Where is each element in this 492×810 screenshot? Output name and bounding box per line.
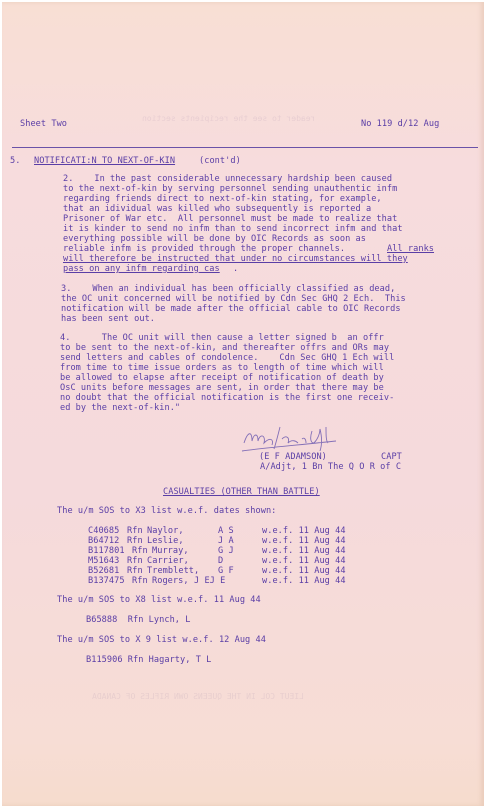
surname: Carrier, [147, 556, 189, 566]
service-number: B117801 [88, 546, 125, 556]
document-page: reader to see the recipients section LIE… [2, 2, 484, 806]
text-line: send letters and cables of condolence. C… [60, 353, 394, 363]
x9-intro: The u/m SOS to X 9 list w.e.f. 12 Aug 44 [57, 635, 266, 645]
rank: Rfn [127, 556, 143, 566]
text-line: be allowed to elapse after receipt of no… [60, 373, 384, 383]
service-number: B52681 [88, 566, 119, 576]
section-suffix: (cont'd) [199, 156, 241, 166]
signatory-appointment: A/Adjt, 1 Bn The Q O R of C [260, 462, 401, 472]
effective-date: w.e.f. 11 Aug 44 [262, 526, 346, 536]
period: . [233, 264, 238, 274]
initials: G F [218, 566, 234, 576]
service-number: B137475 [88, 576, 125, 586]
text-line: notification will be made after the offi… [61, 304, 401, 314]
x9-entry: B115906 Rfn Hagarty, T L [86, 655, 211, 665]
initials: D [218, 556, 223, 566]
text-line: that an idividual was killed who subsequ… [63, 204, 371, 214]
text-line: regarding friends direct to next-of-kin … [63, 194, 382, 204]
surname: Naylor, [147, 526, 184, 536]
bleed-through-text: LIEUT COL IN THE QUEENS OWN RIFLES OF CA… [92, 692, 304, 701]
initials: G J [218, 546, 234, 556]
signatory-name: (E F ADAMSON) [259, 452, 327, 462]
surname: Tremblett, [147, 566, 199, 576]
section-title: NOTIFICATI:N TO NEXT-OF-KIN [34, 156, 175, 166]
rank: Rfn [127, 526, 143, 536]
text-line: to be sent to the next-of-kin, and there… [60, 343, 389, 353]
header-divider [12, 147, 478, 148]
text-line: 2. In the past considerable unnecessary … [63, 174, 392, 184]
text-line: ed by the next-of-kin." [60, 403, 180, 413]
service-number: C40685 [88, 526, 119, 536]
text-line: has been sent out. [61, 314, 155, 324]
text-line: Prisoner of War etc. All personnel must … [63, 214, 397, 224]
bleed-through-text: reader to see the recipients section [142, 114, 315, 123]
effective-date: w.e.f. 11 Aug 44 [262, 536, 346, 546]
rank: Rfn [132, 546, 148, 556]
emphasis-text: pass on any infm regarding cas [63, 264, 220, 274]
emphasis-text: All ranks [387, 244, 434, 254]
text-line: no doubt that the official notification … [60, 393, 394, 403]
text-line: 3. When an individual has been officiall… [61, 284, 395, 294]
text-line: to the next-of-kin by serving personnel … [63, 184, 397, 194]
service-number: B64712 [88, 536, 119, 546]
section-number: 5. [10, 156, 20, 166]
initials: A S [218, 526, 234, 536]
effective-date: w.e.f. 11 Aug 44 [262, 546, 346, 556]
x8-entry: B65888 Rfn Lynch, L [86, 615, 190, 625]
surname: Murray, [152, 546, 189, 556]
rank: Rfn [127, 566, 143, 576]
text-line: reliable infm is provided through the pr… [63, 244, 345, 254]
surname: Rogers, [152, 576, 189, 586]
handwritten-signature [240, 421, 348, 455]
casualties-title: CASUALTIES (OTHER THAN BATTLE) [163, 487, 320, 497]
text-line: OsC units before messages are sent, in o… [60, 383, 384, 393]
x3-intro: The u/m SOS to X3 list w.e.f. dates show… [57, 506, 276, 516]
x8-intro: The u/m SOS to X8 list w.e.f. 11 Aug 44 [57, 595, 261, 605]
text-line: it is kinder to send no infm than to sen… [63, 224, 403, 234]
effective-date: w.e.f. 11 Aug 44 [262, 556, 346, 566]
initials: J A [218, 536, 234, 546]
rank: Rfn [132, 576, 148, 586]
rank: Rfn [127, 536, 143, 546]
signatory-rank: CAPT [381, 452, 402, 462]
effective-date: w.e.f. 11 Aug 44 [262, 566, 346, 576]
sheet-label: Sheet Two [20, 119, 67, 129]
service-number: M51643 [88, 556, 119, 566]
reference-number: No 119 d/12 Aug [361, 119, 439, 129]
text-line: the OC unit concerned will be notified b… [61, 294, 406, 304]
surname: Leslie, [147, 536, 184, 546]
initials: J EJ E [194, 576, 225, 586]
text-line: 4. The OC unit will then cause a letter … [60, 333, 384, 343]
emphasis-text: will therefore be instructed that under … [63, 254, 408, 264]
effective-date: w.e.f. 11 Aug 44 [262, 576, 346, 586]
text-line: from time to time issue orders as to len… [60, 363, 384, 373]
text-line: everything possible will be done by OIC … [63, 234, 366, 244]
